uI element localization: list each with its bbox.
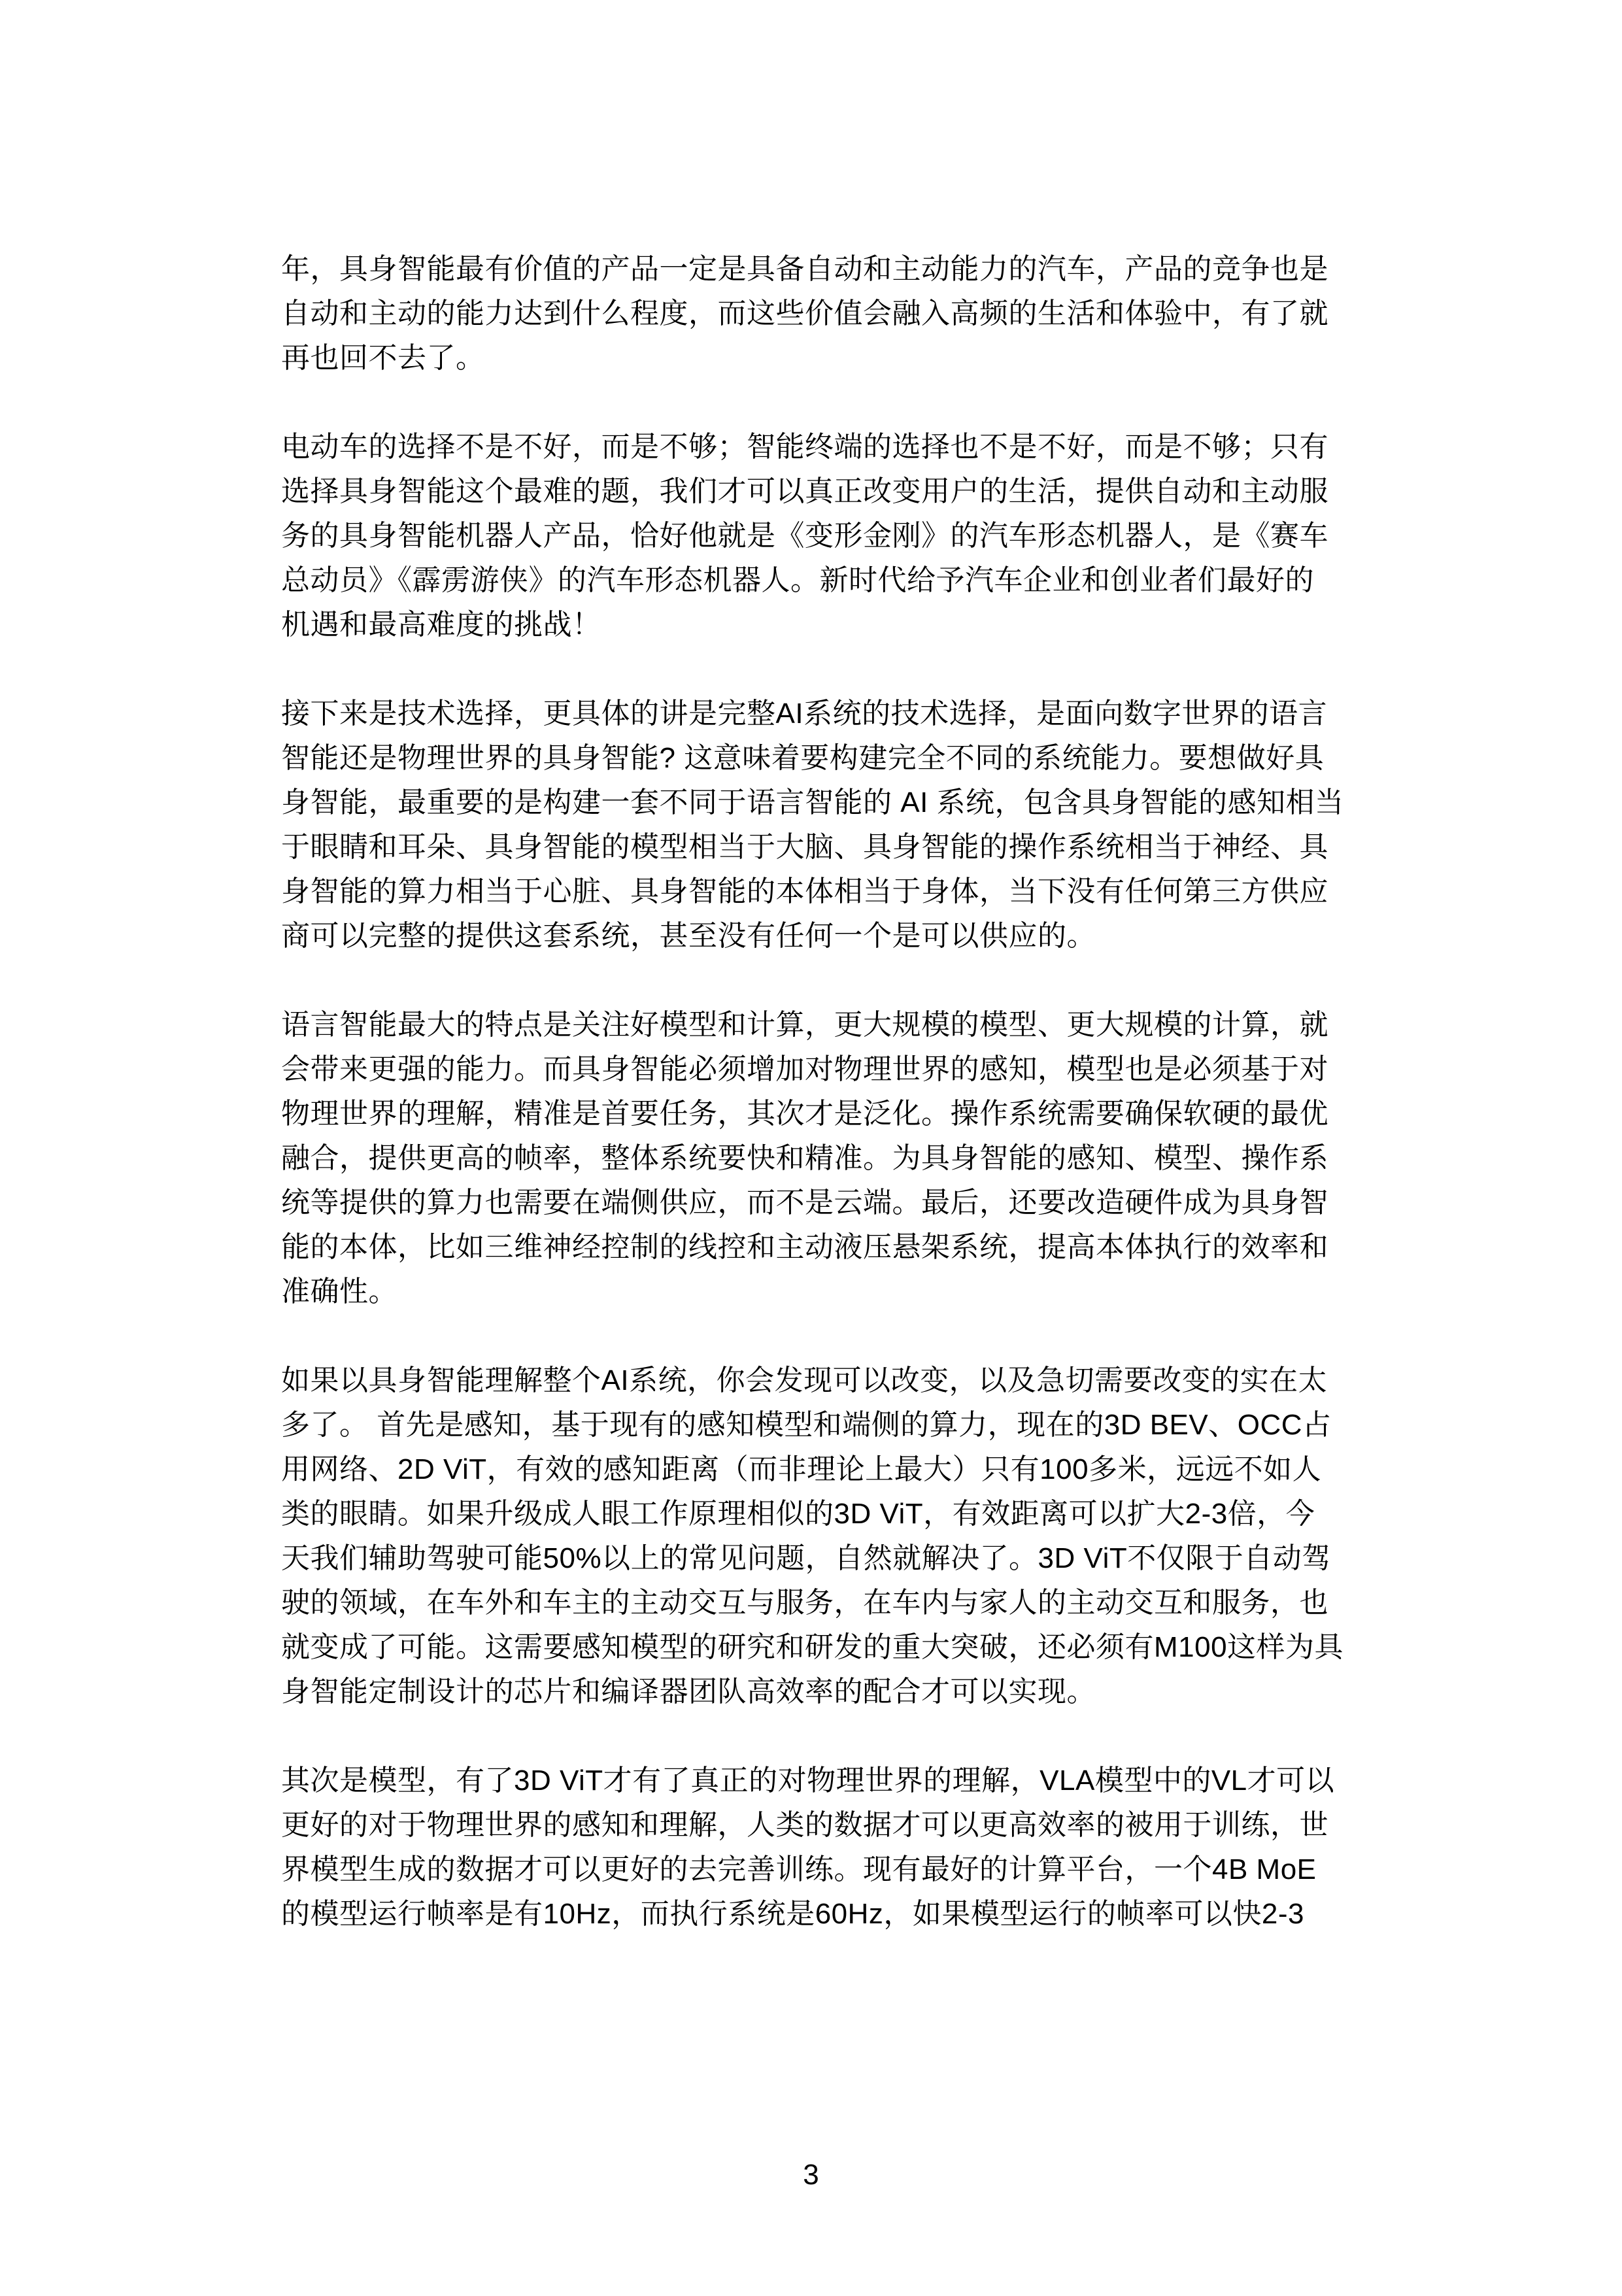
paragraph: 语言智能最大的特点是关注好模型和计算，更大规模的模型、更大规模的计算，就 会带来… <box>281 1003 1366 1314</box>
paragraph: 年，具身智能最有价值的产品一定是具备自动和主动能力的汽车，产品的竞争也是 自动和… <box>281 247 1366 380</box>
page-number: 3 <box>0 2153 1622 2197</box>
document-page: 年，具身智能最有价值的产品一定是具备自动和主动能力的汽车，产品的竞争也是 自动和… <box>0 0 1622 2296</box>
paragraph: 接下来是技术选择，更具体的讲是完整AI系统的技术选择，是面向数字世界的语言 智能… <box>281 692 1366 958</box>
paragraph: 其次是模型，有了3D ViT才有了真正的对物理世界的理解，VLA模型中的VL才可… <box>281 1759 1366 1936</box>
document-body: 年，具身智能最有价值的产品一定是具备自动和主动能力的汽车，产品的竞争也是 自动和… <box>281 247 1366 1981</box>
paragraph: 如果以具身智能理解整个AI系统，你会发现可以改变，以及急切需要改变的实在太 多了… <box>281 1359 1366 1714</box>
paragraph: 电动车的选择不是不好，而是不够；智能终端的选择也不是不好，而是不够；只有 选择具… <box>281 425 1366 647</box>
